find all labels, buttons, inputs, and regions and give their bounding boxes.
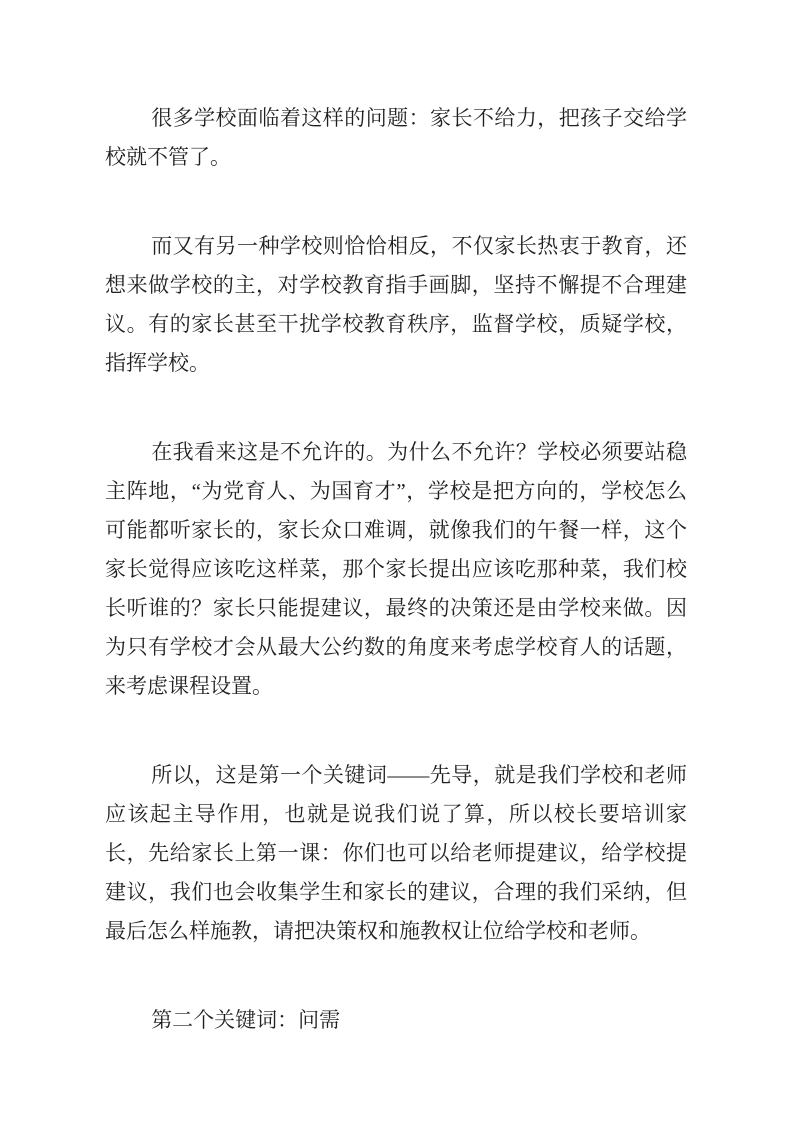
- paragraph: 所以，这是第一个关键词——先导，就是我们学校和老师应该起主导作用，也就是说我们说…: [105, 756, 687, 951]
- paragraph: 第二个关键词：问需: [105, 1001, 687, 1040]
- paragraph: 在我看来这是不允许的。为什么不允许？学校必须要站稳主阵地，“为党育人、为国育才”…: [105, 433, 687, 706]
- paragraph: 很多学校面临着这样的问题：家长不给力，把孩子交给学校就不管了。: [105, 99, 687, 177]
- paragraph: 而又有另一种学校则恰恰相反，不仅家长热衷于教育，还想来做学校的主，对学校教育指手…: [105, 227, 687, 383]
- document-page: 很多学校面临着这样的问题：家长不给力，把孩子交给学校就不管了。 而又有另一种学校…: [0, 0, 793, 1122]
